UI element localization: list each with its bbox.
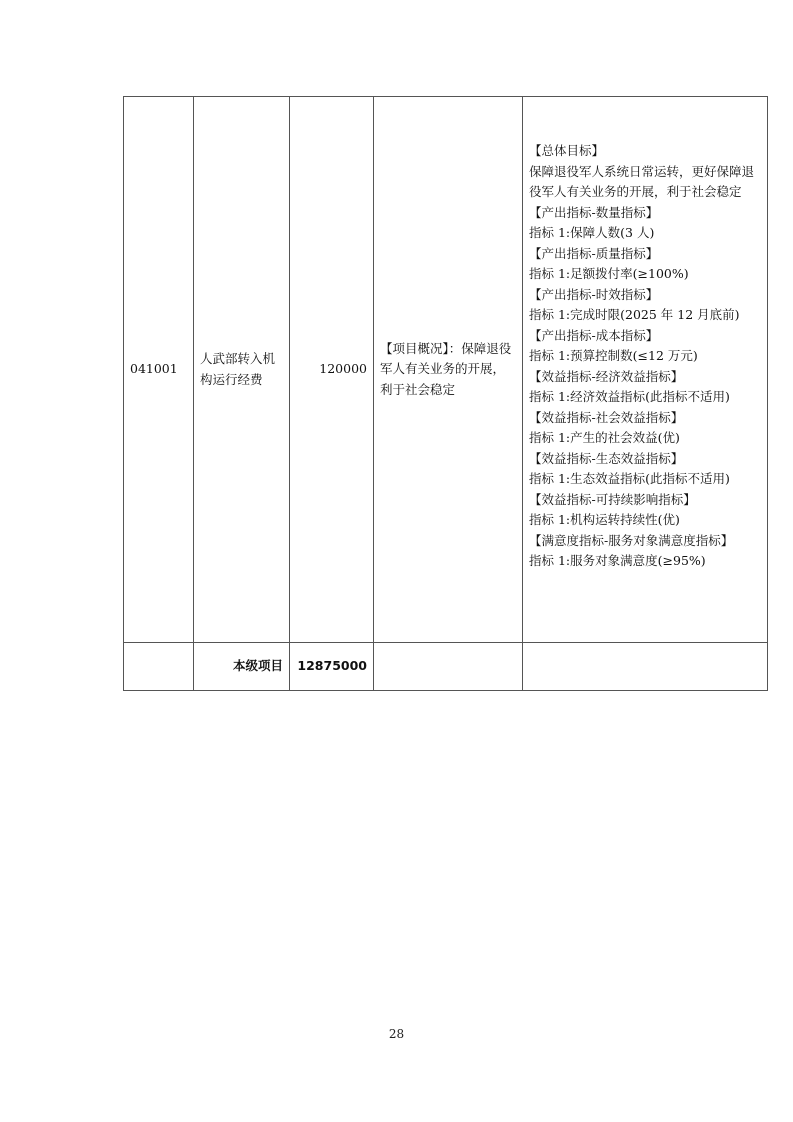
goal-heading: 【产出指标-数量指标】	[529, 203, 763, 224]
goal-text: 指标 1:产生的社会效益(优)	[529, 428, 763, 449]
goal-text: 指标 1:保障人数(3 人)	[529, 223, 763, 244]
project-name-cell: 人武部转入机构运行经费	[194, 97, 290, 643]
project-code-cell: 041001	[124, 97, 194, 643]
page-number: 28	[0, 1027, 793, 1041]
goal-text: 指标 1:预算控制数(≤12 万元)	[529, 346, 763, 367]
total-goals-cell	[523, 643, 768, 691]
total-label-cell: 本级项目	[194, 643, 290, 691]
goal-heading: 【总体目标】	[529, 141, 763, 162]
goal-heading: 【效益指标-社会效益指标】	[529, 408, 763, 429]
project-amount-cell: 120000	[290, 97, 374, 643]
goal-heading: 【满意度指标-服务对象满意度指标】	[529, 531, 763, 552]
total-overview-cell	[374, 643, 523, 691]
goal-text: 指标 1:完成时限(2025 年 12 月底前)	[529, 305, 763, 326]
goal-heading: 【产出指标-时效指标】	[529, 285, 763, 306]
project-overview-cell: 【项目概况】：保障退役军人有关业务的开展，利于社会稳定	[374, 97, 523, 643]
goal-text: 保障退役军人系统日常运转，更好保障退役军人有关业务的开展，利于社会稳定	[529, 162, 763, 203]
goal-text: 指标 1:服务对象满意度(≥95%)	[529, 551, 763, 572]
goal-text: 指标 1:机构运转持续性(优)	[529, 510, 763, 531]
goal-heading: 【效益指标-经济效益指标】	[529, 367, 763, 388]
goal-text: 指标 1:经济效益指标(此指标不适用)	[529, 387, 763, 408]
goal-heading: 【产出指标-质量指标】	[529, 244, 763, 265]
project-budget-table: 041001 人武部转入机构运行经费 120000 【项目概况】：保障退役军人有…	[123, 96, 768, 691]
goal-text: 指标 1:生态效益指标(此指标不适用)	[529, 469, 763, 490]
total-code-cell	[124, 643, 194, 691]
goal-heading: 【效益指标-可持续影响指标】	[529, 490, 763, 511]
table-row: 041001 人武部转入机构运行经费 120000 【项目概况】：保障退役军人有…	[124, 97, 768, 643]
goal-heading: 【产出指标-成本指标】	[529, 326, 763, 347]
total-row: 本级项目 12875000	[124, 643, 768, 691]
performance-goals-cell: 【总体目标】 保障退役军人系统日常运转，更好保障退役军人有关业务的开展，利于社会…	[523, 97, 768, 643]
total-amount-cell: 12875000	[290, 643, 374, 691]
goal-heading: 【效益指标-生态效益指标】	[529, 449, 763, 470]
goal-text: 指标 1:足额拨付率(≥100%)	[529, 264, 763, 285]
